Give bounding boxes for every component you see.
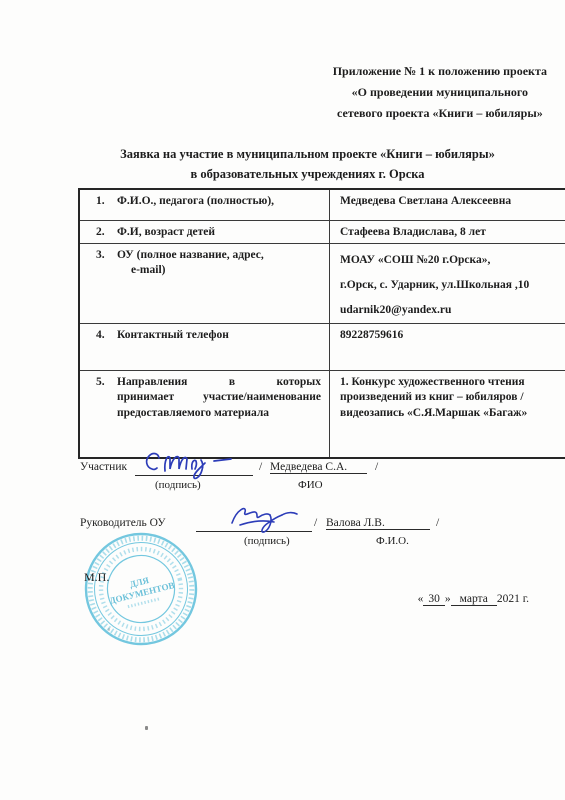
table-row: 4. Контактный телефон 89228759616	[79, 323, 565, 370]
row-value: Медведева Светлана Алексеевна	[340, 194, 565, 209]
row-label: Контактный телефон	[117, 328, 321, 343]
appendix-header-line: «О проведении муниципального	[333, 82, 547, 103]
scan-speck	[108, 628, 110, 631]
row-label: предоставляемого материала	[117, 406, 321, 422]
row-label: ОУ (полное название, адрес,	[117, 248, 321, 263]
row-label: принимает участие/наименование	[117, 390, 321, 406]
table-cell-value: Стафеева Владислава, 8 лет	[330, 220, 565, 243]
appendix-header-line: Приложение № 1 к положению проекта	[333, 61, 547, 82]
slash-separator: /	[436, 517, 439, 529]
table-cell-label: 4. Контактный телефон	[79, 323, 330, 370]
document-title-line: в образовательных учреждениях г. Орска	[45, 164, 565, 184]
table-cell-label: 2. Ф.И, возраст детей	[79, 220, 330, 243]
scan-speck	[145, 726, 148, 730]
appendix-header: Приложение № 1 к положению проекта «О пр…	[333, 61, 547, 124]
row-label: Направления в которых	[117, 375, 321, 391]
table-row: 3. ОУ (полное название, адрес, e-mail) М…	[79, 243, 565, 323]
round-stamp: ДЛЯ ДОКУМЕНТОВ	[82, 530, 200, 648]
table-row: 5. Направления в которых принимает участ…	[79, 370, 565, 458]
table-cell-value: Медведева Светлана Алексеевна	[330, 189, 565, 220]
document-page: Приложение № 1 к положению проекта «О пр…	[0, 0, 565, 800]
head-name: Валова Л.В.	[326, 517, 430, 530]
slash-separator: /	[259, 461, 262, 473]
row-number: 2.	[96, 225, 105, 240]
table-cell-label: 5. Направления в которых принимает участ…	[79, 370, 330, 458]
row-value: 1. Конкурс художественного чтения	[340, 375, 565, 391]
table-cell-label: 1. Ф.И.О., педагога (полностью),	[79, 189, 330, 220]
date-year: 2021 г.	[497, 593, 529, 605]
quote-close: »	[445, 593, 451, 605]
row-value: видеозапись «С.Я.Маршак «Багаж»	[340, 406, 565, 422]
name-caption: ФИО	[298, 479, 323, 491]
row-value: МОАУ «СОШ №20 г.Орска»,	[340, 248, 565, 273]
participant-label: Участник	[80, 461, 127, 473]
row-value: udarnik20@yandex.ru	[340, 298, 565, 323]
participant-signature-row: Участник / Медведева С.А. / (подпись) ФИ…	[80, 458, 480, 502]
application-table: 1. Ф.И.О., педагога (полностью), Медведе…	[78, 188, 565, 459]
name-caption: Ф.И.О.	[376, 535, 409, 547]
participant-signature-line	[135, 455, 253, 476]
row-number: 1.	[96, 194, 105, 209]
signature-caption: (подпись)	[244, 535, 290, 547]
date-line: «30»марта2021 г.	[418, 593, 529, 605]
appendix-header-line: сетевого проекта «Книги – юбиляры»	[333, 103, 547, 124]
row-value: произведений из книг – юбиляров /	[340, 390, 565, 406]
row-number: 5.	[96, 375, 105, 390]
row-number: 4.	[96, 328, 105, 343]
row-value: Стафеева Владислава, 8 лет	[340, 225, 565, 240]
document-title-line: Заявка на участие в муниципальном проект…	[45, 144, 565, 164]
signature-caption: (подпись)	[155, 479, 201, 491]
document-title: Заявка на участие в муниципальном проект…	[45, 144, 565, 184]
table-cell-value: 89228759616	[330, 323, 565, 370]
slash-separator: /	[375, 461, 378, 473]
participant-name: Медведева С.А.	[270, 461, 367, 474]
row-label: e-mail)	[131, 263, 321, 278]
head-label: Руководитель ОУ	[80, 517, 165, 529]
row-label: Ф.И, возраст детей	[117, 225, 321, 240]
date-day: 30	[423, 593, 445, 606]
row-value: г.Орск, с. Ударник, ул.Школьная ,10	[340, 273, 565, 298]
table-row: 1. Ф.И.О., педагога (полностью), Медведе…	[79, 189, 565, 220]
row-label: Ф.И.О., педагога (полностью),	[117, 194, 321, 209]
slash-separator: /	[314, 517, 317, 529]
head-signature-line	[196, 511, 312, 532]
participant-signature-handwriting	[139, 447, 257, 483]
row-value: 89228759616	[340, 328, 565, 343]
table-cell-value: МОАУ «СОШ №20 г.Орска», г.Орск, с. Ударн…	[330, 243, 565, 323]
table-cell-value: 1. Конкурс художественного чтения произв…	[330, 370, 565, 458]
row-number: 3.	[96, 248, 105, 263]
table-cell-label: 3. ОУ (полное название, адрес, e-mail)	[79, 243, 330, 323]
table-row: 2. Ф.И, возраст детей Стафеева Владислав…	[79, 220, 565, 243]
date-month: марта	[451, 593, 497, 606]
mp-label: М.П.	[84, 570, 109, 585]
